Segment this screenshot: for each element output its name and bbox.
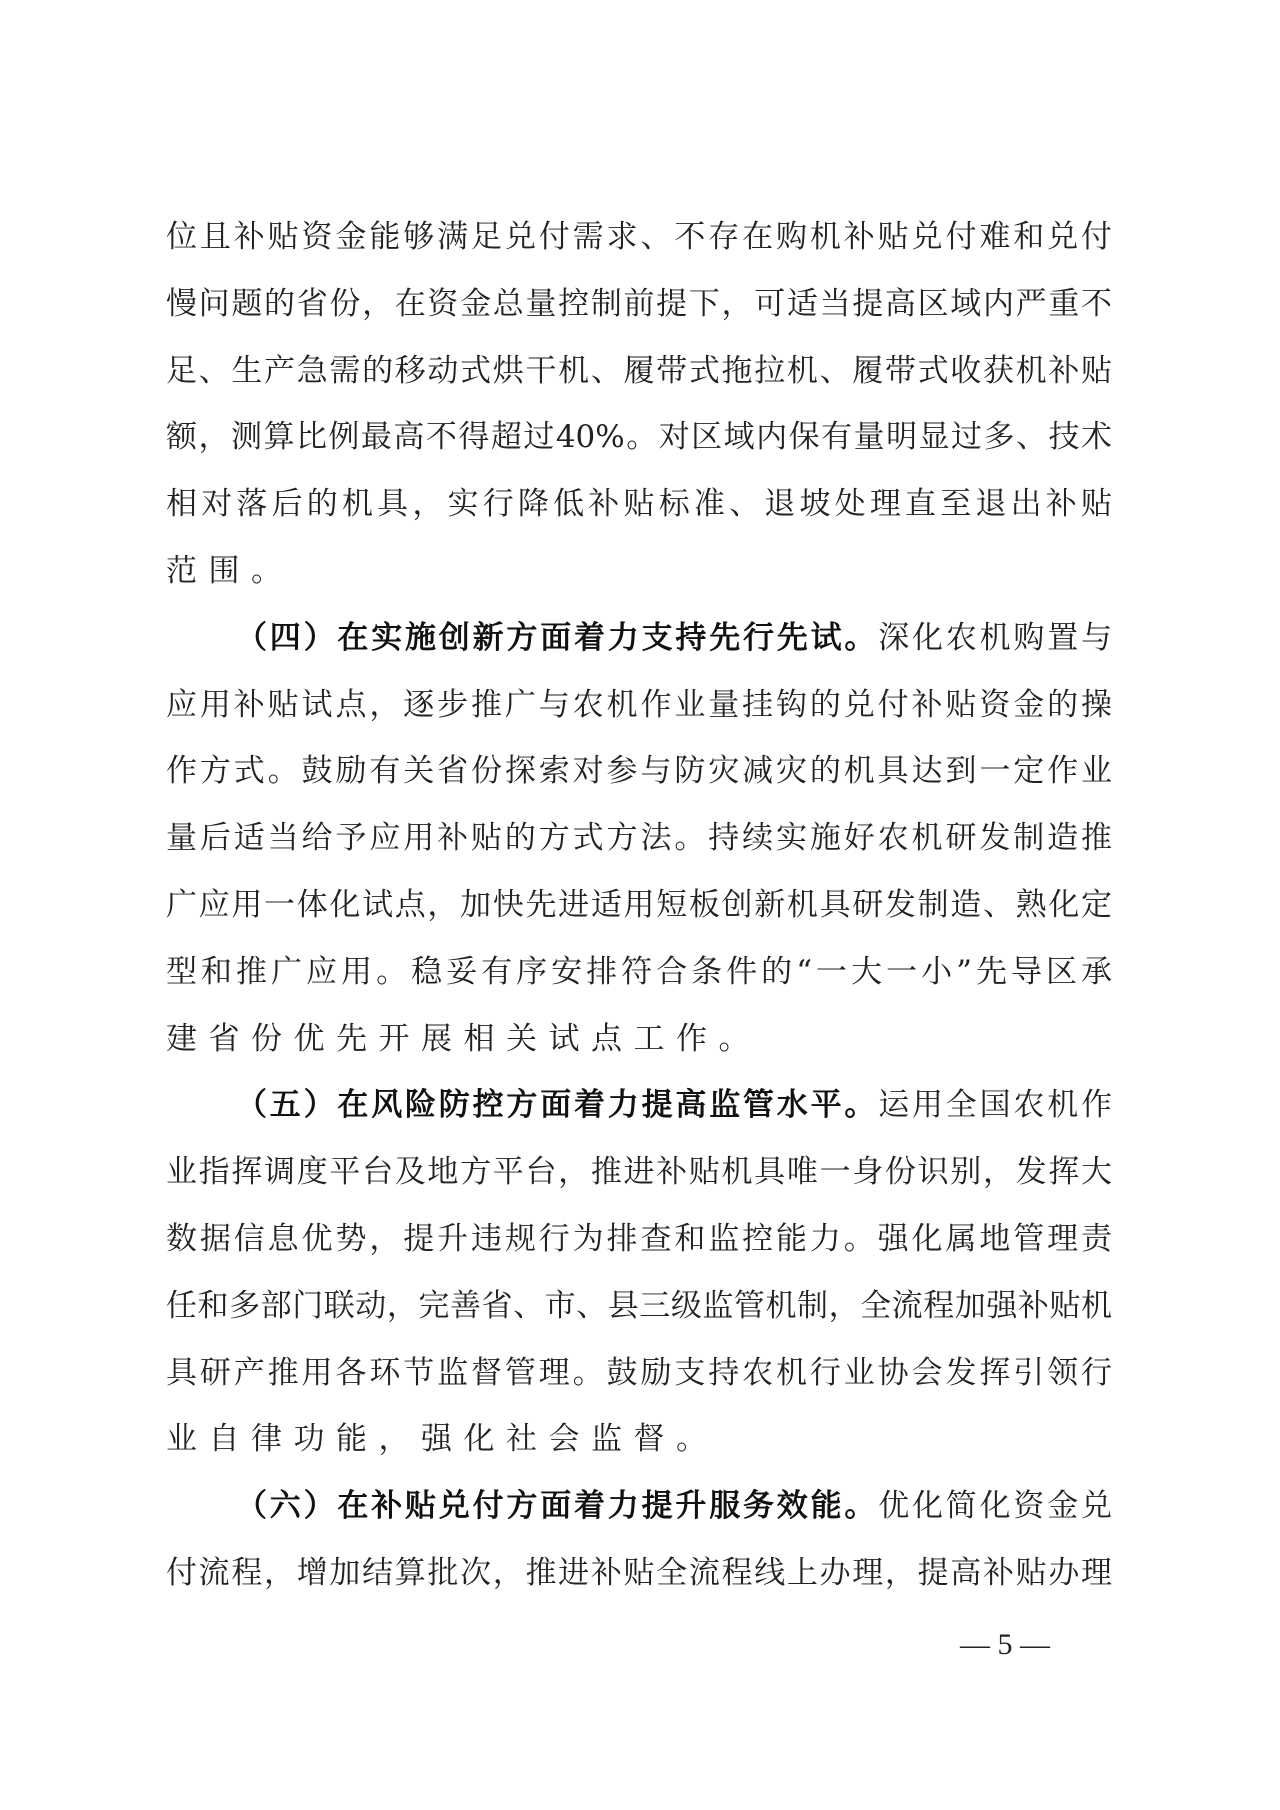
body-text: 位且补贴资金能够满足兑付需求、不存在购机补贴兑付难和兑付 慢问题的省份，在资金总… (166, 208, 1112, 1611)
section-heading-4: （四）在实施创新方面着力支持先行先试。 (236, 620, 878, 656)
text-line: 任和多部门联动，完善省、市、县三级监管机制，全流程加强补贴机 (166, 1277, 1112, 1344)
text-line: 应用补贴试点，逐步推广与农机作业量挂钩的兑付补贴资金的操 (166, 676, 1112, 743)
text-line: 数据信息优势，提升违规行为排查和监控能力。强化属地管理责 (166, 1210, 1112, 1277)
text-line: 具研产推用各环节监督管理。鼓励支持农机行业协会发挥引领行 (166, 1344, 1112, 1411)
text-line: 额，测算比例最高不得超过40%。对区域内保有量明显过多、技术 (166, 408, 1112, 475)
text-line: 量后适当给予应用补贴的方式方法。持续实施好农机研发制造推 (166, 809, 1112, 876)
text-line: 范围。 (166, 542, 1112, 609)
page-number: — 5 — (960, 1628, 1050, 1662)
text-line: 业指挥调度平台及地方平台，推进补贴机具唯一身份识别，发挥大 (166, 1143, 1112, 1210)
text-line: 作方式。鼓励有关省份探索对参与防灾减灾的机具达到一定作业 (166, 742, 1112, 809)
text-line: 业自律功能，强化社会监督。 (166, 1410, 1112, 1477)
section-heading-5: （五）在风险防控方面着力提高监管水平。 (236, 1087, 878, 1123)
text-line: 位且补贴资金能够满足兑付需求、不存在购机补贴兑付难和兑付 (166, 208, 1112, 275)
section-4-first-line: （四）在实施创新方面着力支持先行先试。深化农机购置与 (166, 609, 1112, 676)
section-4-text: 深化农机购置与 (878, 620, 1112, 656)
text-line: 付流程，增加结算批次，推进补贴全流程线上办理，提高补贴办理 (166, 1544, 1112, 1611)
document-page: 位且补贴资金能够满足兑付需求、不存在购机补贴兑付难和兑付 慢问题的省份，在资金总… (0, 0, 1280, 1810)
section-heading-6: （六）在补贴兑付方面着力提升服务效能。 (236, 1488, 878, 1524)
text-line: 广应用一体化试点，加快先进适用短板创新机具研发制造、熟化定 (166, 876, 1112, 943)
text-line: 相对落后的机具，实行降低补贴标准、退坡处理直至退出补贴 (166, 475, 1112, 542)
section-5-first-line: （五）在风险防控方面着力提高监管水平。运用全国农机作 (166, 1076, 1112, 1143)
text-line: 型和推广应用。稳妥有序安排符合条件的“一大一小”先导区承 (166, 943, 1112, 1010)
section-6-first-line: （六）在补贴兑付方面着力提升服务效能。优化简化资金兑 (166, 1477, 1112, 1544)
text-line: 建省份优先开展相关试点工作。 (166, 1010, 1112, 1077)
text-line: 足、生产急需的移动式烘干机、履带式拖拉机、履带式收获机补贴 (166, 342, 1112, 409)
text-line: 慢问题的省份，在资金总量控制前提下，可适当提高区域内严重不 (166, 275, 1112, 342)
section-5-text: 运用全国农机作 (878, 1087, 1112, 1123)
section-6-text: 优化简化资金兑 (878, 1488, 1112, 1524)
